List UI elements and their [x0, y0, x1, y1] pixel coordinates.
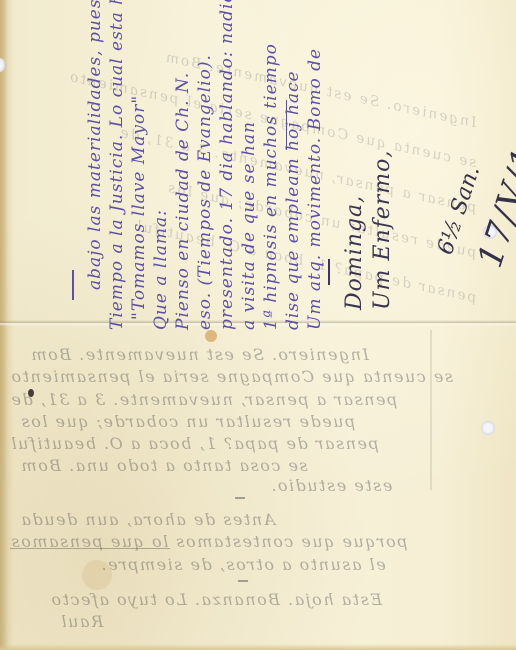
- salutation-line-1: Um Enfermo,: [370, 150, 395, 310]
- ink-stain: [205, 330, 217, 342]
- body-line: presentado. 17 dia hablando: nadie: [217, 0, 237, 330]
- bleed-through-rule: [10, 548, 170, 549]
- closing-underline: [72, 270, 74, 300]
- body-line: abajo las materialidades, pues: [85, 0, 105, 290]
- letter-body-rotated: Um Enfermo, Dominga, Um atq. movimento. …: [60, 40, 516, 330]
- body-line: Pienso en ciudad de Ch. N.: [173, 72, 193, 330]
- bleed-through-text: se cuenta que Compagne seria el pensamie…: [10, 367, 453, 386]
- body-line: a visita de que se han: [239, 121, 259, 330]
- vertical-crease: [430, 330, 432, 490]
- body-line: Que a llama:: [151, 209, 171, 330]
- bleed-through-text: se cosa tanto a todo una. Bom: [20, 456, 308, 475]
- bleed-through-text: pensar a pensar, nuevamente. 3 a 31, de: [10, 390, 397, 409]
- paper-bottom-edge: [0, 644, 516, 650]
- body-line: Tiempo a la Justicia. Lo cual esta hoy: [107, 0, 127, 330]
- bleed-through-text: pensar de papa? 1, boca a O. beautiful: [10, 434, 379, 453]
- body-line: 1ª hipnosis en muchos tiempo: [261, 43, 281, 330]
- bleed-through-text: puede resultar un cobarde; que los: [20, 412, 355, 431]
- bleed-through-text: Antes de ahora, aun deuda: [20, 510, 275, 529]
- body-line: "Tomamos llave Mayor": [129, 95, 149, 320]
- bleed-through-text: el asunto a otros, de siempre.: [100, 555, 386, 574]
- separator-dash: [235, 497, 245, 499]
- body-line: Um atq. movimento. Bomo de: [305, 48, 325, 330]
- bleed-through-text: Ingeniero. Se est nuevamente. Bom: [30, 345, 369, 364]
- bleed-through-text: este estudio.: [270, 476, 392, 495]
- scanned-letter-page: Ingeniero. Se est nuevamente. Bom se cue…: [0, 0, 516, 650]
- bleed-through-text: Esta hoja. Bonanza. Lo tuyo afecto: [50, 590, 382, 609]
- separator-dash: [238, 580, 248, 582]
- bleed-through-signature: Raul: [60, 612, 103, 631]
- salutation-underline: [328, 259, 330, 285]
- body-line: eso. (Tiempos de Evangelio).: [195, 54, 215, 330]
- section-underline: [286, 100, 287, 150]
- punch-hole-icon: [481, 421, 495, 435]
- salutation-line-2: Dominga,: [342, 195, 367, 310]
